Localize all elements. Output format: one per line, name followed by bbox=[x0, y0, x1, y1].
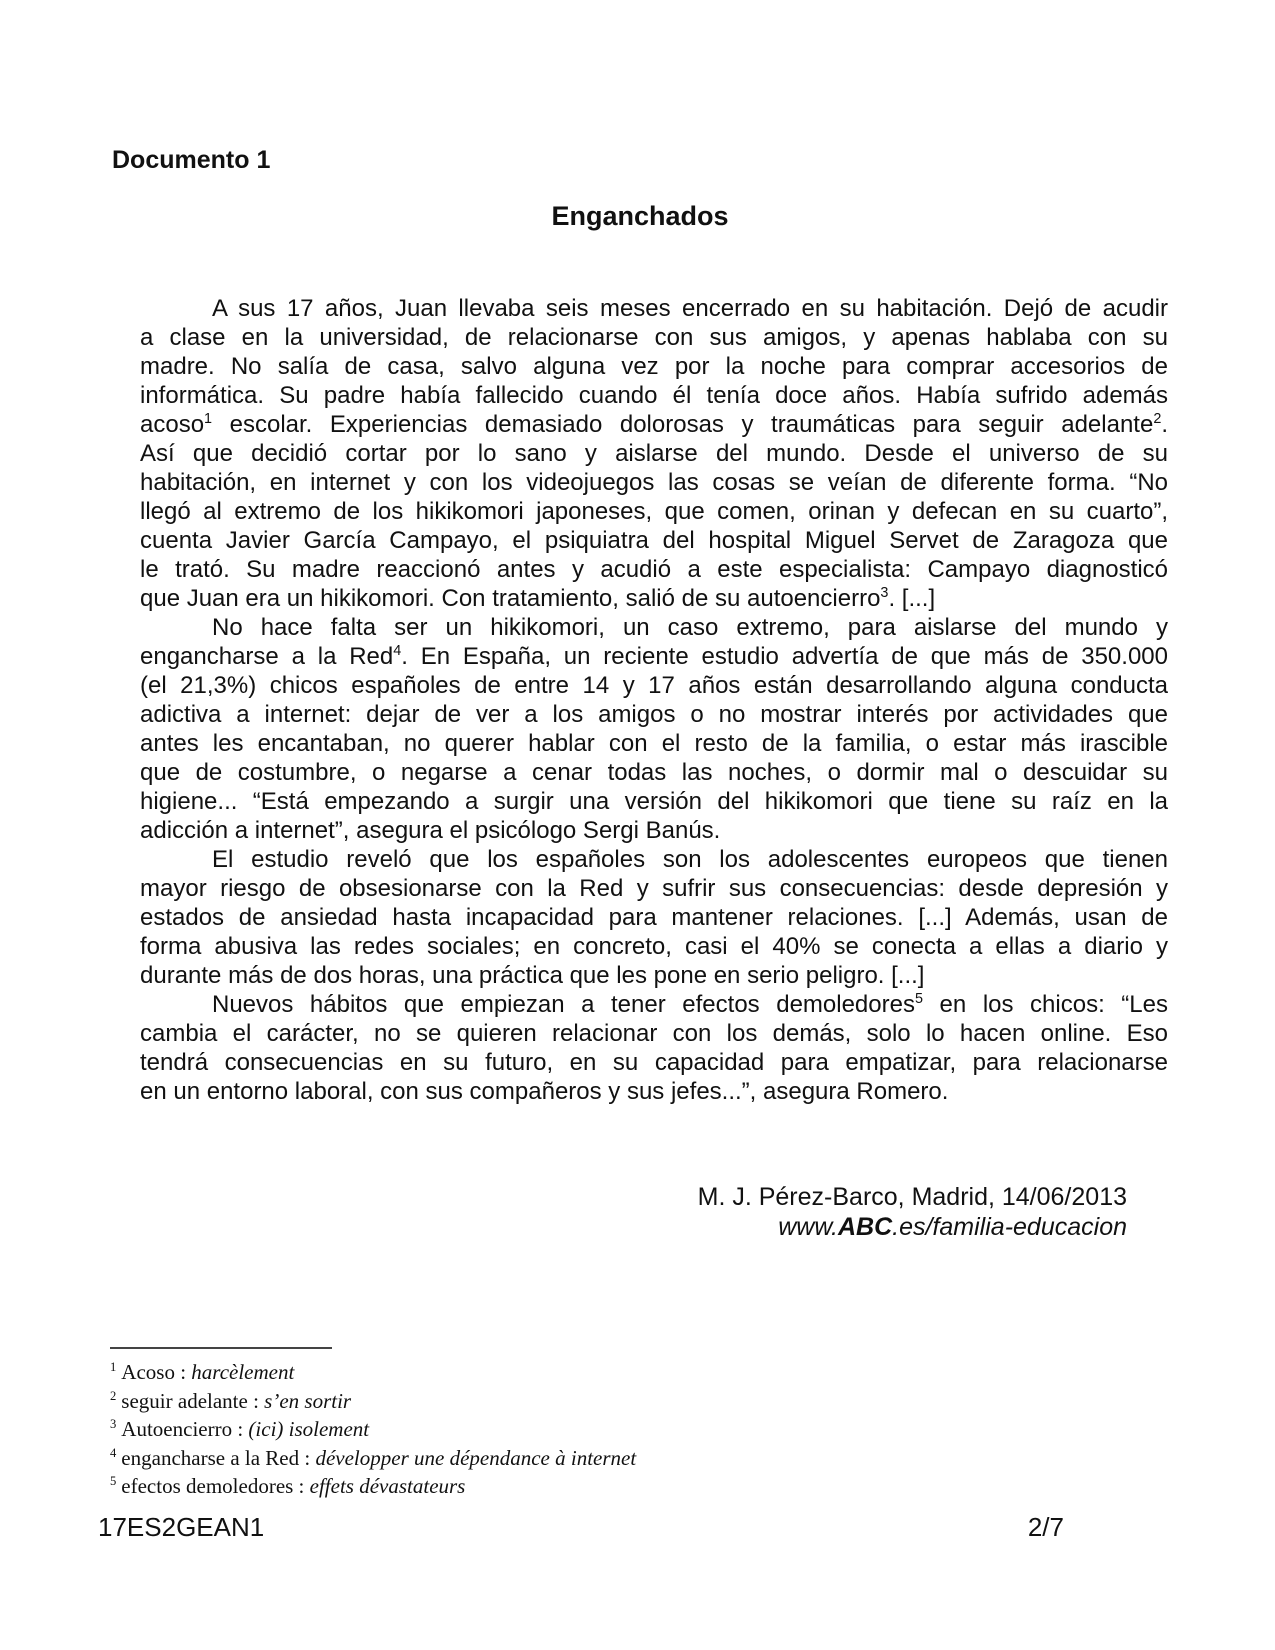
footnote-number: 5 bbox=[110, 1474, 116, 1488]
body-line-text: madre. No salía de casa, salvo alguna ve… bbox=[140, 353, 1168, 380]
body-line-text: cuenta Javier García Campayo, el psiquia… bbox=[140, 527, 1168, 554]
footnote-translation: (ici) isolement bbox=[248, 1417, 369, 1441]
footnote-term: Autoencierro : bbox=[121, 1417, 243, 1441]
footnote-translation: s’en sortir bbox=[264, 1389, 351, 1413]
body-line-text: a clase en la universidad, de relacionar… bbox=[140, 324, 1168, 351]
body-line-text: adicción a internet”, asegura el psicólo… bbox=[140, 817, 720, 844]
footnote: 2seguir adelante : s’en sortir bbox=[110, 1387, 1010, 1416]
body-line-text: higiene... “Está empezando a surgir una … bbox=[140, 788, 1168, 815]
body-line-text: forma abusiva las redes sociales; en con… bbox=[140, 933, 1168, 960]
source-suffix: .es/familia-educacion bbox=[892, 1213, 1127, 1241]
footnote-term: engancharse a la Red : bbox=[121, 1446, 310, 1470]
footnote-number: 2 bbox=[110, 1389, 116, 1403]
body-line: informática. Su padre había fallecido cu… bbox=[140, 381, 1168, 410]
footnote-term: Acoso : bbox=[121, 1360, 186, 1384]
body-line-text: El estudio reveló que los españoles son … bbox=[212, 846, 1168, 873]
body-line: antes les encantaban, no querer hablar c… bbox=[140, 729, 1168, 758]
body-line-text: le trató. Su madre reaccionó antes y acu… bbox=[140, 556, 1168, 583]
body-line-text: que Juan era un hikikomori. Con tratamie… bbox=[140, 585, 935, 612]
body-line: mayor riesgo de obsesionarse con la Red … bbox=[140, 874, 1168, 903]
body-line-text: mayor riesgo de obsesionarse con la Red … bbox=[140, 875, 1168, 902]
body-line-text: cambia el carácter, no se quieren relaci… bbox=[140, 1020, 1168, 1047]
source-prefix: www. bbox=[778, 1213, 838, 1241]
body-line: 20El estudio reveló que los españoles so… bbox=[140, 845, 1168, 874]
body-line-text: engancharse a la Red4. En España, un rec… bbox=[140, 643, 1168, 670]
attribution: M. J. Pérez-Barco, Madrid, 14/06/2013 ww… bbox=[698, 1182, 1127, 1242]
body-line: estados de ansiedad hasta incapacidad pa… bbox=[140, 903, 1168, 932]
body-line-text: estados de ansiedad hasta incapacidad pa… bbox=[140, 904, 1168, 931]
body-line-text: que de costumbre, o negarse a cenar toda… bbox=[140, 759, 1168, 786]
body-line: llegó al extremo de los hikikomori japon… bbox=[140, 497, 1168, 526]
footnote-translation: harcèlement bbox=[191, 1360, 294, 1384]
footer-code: 17ES2GEAN1 bbox=[98, 1512, 264, 1543]
body-line: que de costumbre, o negarse a cenar toda… bbox=[140, 758, 1168, 787]
body-line-text: informática. Su padre había fallecido cu… bbox=[140, 382, 1168, 409]
body-line: cuenta Javier García Campayo, el psiquia… bbox=[140, 526, 1168, 555]
body-line: tendrá consecuencias en su futuro, en su… bbox=[140, 1048, 1168, 1077]
body-line: cambia el carácter, no se quieren relaci… bbox=[140, 1019, 1168, 1048]
footnote: 5efectos demoledores : effets dévastateu… bbox=[110, 1472, 1010, 1501]
body-line-text: en un entorno laboral, con sus compañero… bbox=[140, 1078, 948, 1105]
body-line: No hace falta ser un hikikomori, un caso… bbox=[140, 613, 1168, 642]
body-line-text: (el 21,3%) chicos españoles de entre 14 … bbox=[140, 672, 1168, 699]
body-line-text: A sus 17 años, Juan llevaba seis meses e… bbox=[212, 295, 1168, 322]
body-line-text: Así que decidió cortar por lo sano y ais… bbox=[140, 440, 1168, 467]
body-line-text: habitación, en internet y con los videoj… bbox=[140, 469, 1168, 496]
body-line: en un entorno laboral, con sus compañero… bbox=[140, 1077, 1168, 1106]
body-line: habitación, en internet y con los videoj… bbox=[140, 468, 1168, 497]
footnote: 1Acoso : harcèlement bbox=[110, 1358, 1010, 1387]
footnote-term: efectos demoledores : bbox=[121, 1474, 304, 1498]
body-line: que Juan era un hikikomori. Con tratamie… bbox=[140, 584, 1168, 613]
doc-title: Enganchados bbox=[140, 201, 1140, 232]
footnote-number: 3 bbox=[110, 1417, 116, 1431]
body-line-text: No hace falta ser un hikikomori, un caso… bbox=[212, 614, 1168, 641]
attribution-source: www.ABC.es/familia-educacion bbox=[698, 1212, 1127, 1242]
body-line: 25Nuevos hábitos que empiezan a tener ef… bbox=[140, 990, 1168, 1019]
body-line: madre. No salía de casa, salvo alguna ve… bbox=[140, 352, 1168, 381]
body-line-text: durante más de dos horas, una práctica q… bbox=[140, 962, 924, 989]
document-page: Documento 1 Enganchados A sus 17 años, J… bbox=[0, 0, 1275, 1650]
body-line-text: tendrá consecuencias en su futuro, en su… bbox=[140, 1049, 1168, 1076]
footnote: 4engancharse a la Red : développer une d… bbox=[110, 1444, 1010, 1473]
attribution-byline: M. J. Pérez-Barco, Madrid, 14/06/2013 bbox=[698, 1182, 1127, 1212]
footnote-separator bbox=[110, 1347, 332, 1349]
body-line: A sus 17 años, Juan llevaba seis meses e… bbox=[140, 294, 1168, 323]
body-line: engancharse a la Red4. En España, un rec… bbox=[140, 642, 1168, 671]
body-line: adicción a internet”, asegura el psicólo… bbox=[140, 816, 1168, 845]
source-brand: ABC bbox=[838, 1213, 892, 1241]
body-line-text: llegó al extremo de los hikikomori japon… bbox=[140, 498, 1168, 525]
body-text: A sus 17 años, Juan llevaba seis meses e… bbox=[140, 294, 1168, 1106]
footnotes: 1Acoso : harcèlement2seguir adelante : s… bbox=[110, 1358, 1010, 1501]
body-line: 5acoso1 escolar. Experiencias demasiado … bbox=[140, 410, 1168, 439]
footnote-number: 1 bbox=[110, 1360, 116, 1374]
body-line: forma abusiva las redes sociales; en con… bbox=[140, 932, 1168, 961]
body-line: a clase en la universidad, de relacionar… bbox=[140, 323, 1168, 352]
footnote-translation: effets dévastateurs bbox=[310, 1474, 466, 1498]
body-line-text: antes les encantaban, no querer hablar c… bbox=[140, 730, 1168, 757]
body-line: 15adictiva a internet: dejar de ver a lo… bbox=[140, 700, 1168, 729]
body-line-text: Nuevos hábitos que empiezan a tener efec… bbox=[212, 991, 1168, 1018]
footnote-number: 4 bbox=[110, 1446, 116, 1460]
footnote: 3Autoencierro : (ici) isolement bbox=[110, 1415, 1010, 1444]
footnote-term: seguir adelante : bbox=[121, 1389, 259, 1413]
body-line: 10le trató. Su madre reaccionó antes y a… bbox=[140, 555, 1168, 584]
doc-label: Documento 1 bbox=[112, 146, 270, 175]
body-line: Así que decidió cortar por lo sano y ais… bbox=[140, 439, 1168, 468]
body-line: durante más de dos horas, una práctica q… bbox=[140, 961, 1168, 990]
footnote-translation: développer une dépendance à internet bbox=[315, 1446, 636, 1470]
body-line-text: adictiva a internet: dejar de ver a los … bbox=[140, 701, 1168, 728]
body-line: (el 21,3%) chicos españoles de entre 14 … bbox=[140, 671, 1168, 700]
footer-page: 2/7 bbox=[1028, 1512, 1064, 1543]
body-line-text: acoso1 escolar. Experiencias demasiado d… bbox=[140, 411, 1168, 438]
body-line: higiene... “Está empezando a surgir una … bbox=[140, 787, 1168, 816]
